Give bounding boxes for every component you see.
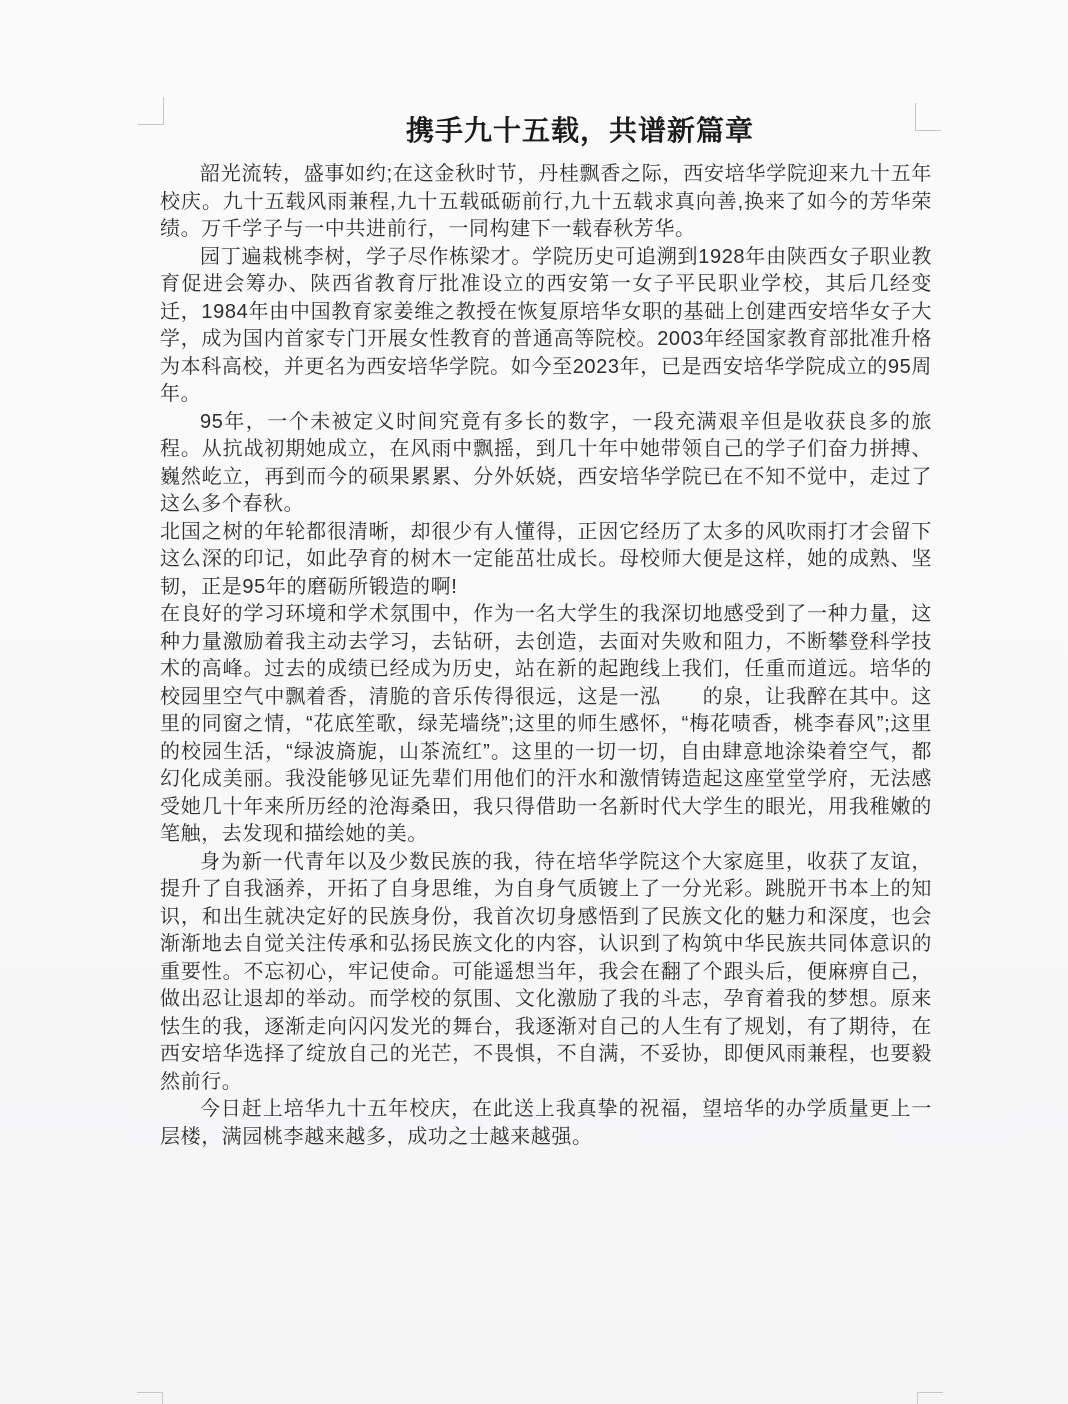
document-title: 携手九十五载，共谱新篇章 [194, 114, 966, 148]
document-page: 携手九十五载，共谱新篇章 韶光流转，盛事如约;在这金秋时节，丹桂飘香之际，西安培… [0, 0, 1068, 1404]
paragraph-personal-growth: 身为新一代青年以及少数民族的我，待在培华学院这个大家庭里，收获了友谊，提升了自我… [160, 849, 932, 1097]
paragraph-history: 园丁遍栽桃李树，学子尽作栋梁才。学院历史可追溯到1928年由陕西女子职业教育促进… [160, 244, 932, 409]
paragraph-opening: 韶光流转，盛事如约;在这金秋时节，丹桂飘香之际，西安培华学院迎来九十五年校庆。九… [160, 161, 932, 244]
paragraph-campus-life: 在良好的学习环境和学术氛围中，作为一名大学生的我深切地感受到了一种力量，这种力量… [160, 601, 932, 849]
text-boundary-mark-bottom-left [137, 1392, 163, 1404]
document-content: 携手九十五载，共谱新篇章 韶光流转，盛事如约;在这金秋时节，丹桂飘香之际，西安培… [160, 114, 932, 1151]
text-boundary-mark-bottom-right [917, 1392, 943, 1404]
paragraph-95-years-journey: 95年，一个未被定义时间究竟有多长的数字，一段充满艰辛但是收获良多的旅程。从抗战… [160, 409, 932, 519]
paragraph-tree-rings: 北国之树的年轮都很清晰，却很少有人懂得，正因它经历了太多的风吹雨打才会留下这么深… [160, 519, 932, 602]
paragraph-closing-blessing: 今日赶上培华九十五年校庆，在此送上我真挚的祝福，望培华的办学质量更上一层楼，满园… [160, 1096, 932, 1151]
